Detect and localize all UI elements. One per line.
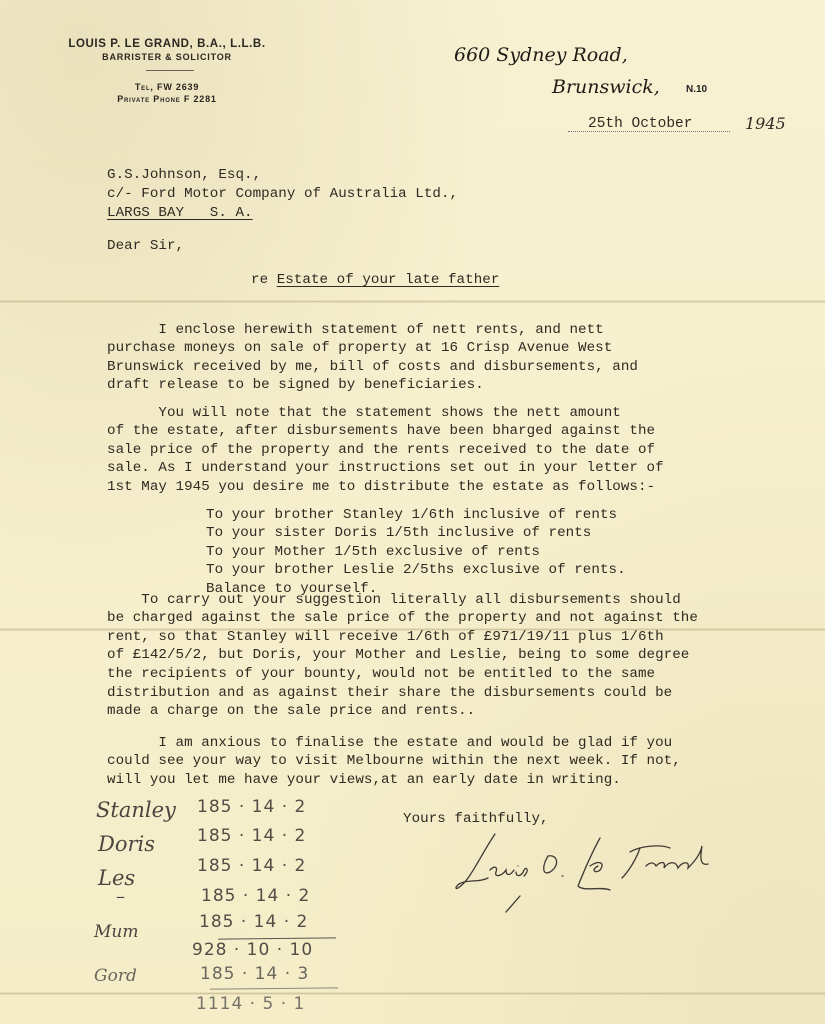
text-line: sale. As I understand your instructions … bbox=[107, 459, 664, 478]
note-label: Gord bbox=[94, 966, 137, 986]
salutation: Dear Sir, bbox=[107, 237, 184, 256]
text-line: of the estate, after disbursements have … bbox=[107, 422, 664, 441]
text-line: rent, so that Stanley will receive 1/6th… bbox=[107, 628, 698, 647]
note-label: Doris bbox=[98, 832, 155, 856]
recipient-location: LARGS BAY S. A. bbox=[107, 204, 253, 223]
text-line: the recipients of your bounty, would not… bbox=[107, 665, 698, 684]
address-line-2: Brunswick, bbox=[552, 76, 660, 98]
note-label: Stanley bbox=[96, 798, 176, 822]
subject-text: Estate of your late father bbox=[277, 272, 500, 288]
text-line: I am anxious to finalise the estate and … bbox=[107, 734, 681, 753]
letterhead-title: BARRISTER & SOLICITOR bbox=[52, 52, 282, 62]
note-amount: 185 · 14 · 2 bbox=[197, 856, 306, 876]
subject-line: re Estate of your late father bbox=[251, 271, 499, 290]
note-subtotal: 928 · 10 · 10 bbox=[192, 940, 313, 960]
recipient-company: c/- Ford Motor Company of Australia Ltd.… bbox=[107, 185, 458, 204]
note-amount: 185 · 14 · 2 bbox=[199, 912, 308, 932]
fold-line bbox=[0, 992, 825, 995]
letterhead-divider bbox=[146, 70, 194, 71]
note-label: – bbox=[116, 886, 125, 907]
list-item: To your sister Doris 1/5th inclusive of … bbox=[206, 524, 626, 543]
text-line: You will note that the statement shows t… bbox=[107, 404, 664, 423]
letterhead-name: LOUIS P. LE GRAND, B.A., L.L.B. bbox=[52, 38, 282, 50]
list-item: To your brother Stanley 1/6th inclusive … bbox=[206, 506, 626, 525]
list-item: To your Mother 1/5th exclusive of rents bbox=[206, 543, 626, 562]
note-amount: 185 · 14 · 3 bbox=[200, 964, 309, 984]
signature bbox=[450, 826, 750, 916]
text-line: To carry out your suggestion literally a… bbox=[107, 591, 698, 610]
note-total: 1114 · 5 · 1 bbox=[196, 994, 305, 1014]
note-amount: 185 · 14 · 2 bbox=[197, 797, 306, 817]
text-line: Brunswick received by me, bill of costs … bbox=[107, 358, 638, 377]
letter-date: 25th October bbox=[588, 116, 692, 132]
address-line-1: 660 Sydney Road, bbox=[454, 44, 628, 66]
text-line: be charged against the sale price of the… bbox=[107, 609, 698, 628]
text-line: will you let me have your views,at an ea… bbox=[107, 771, 681, 790]
address-postcode: N.10 bbox=[686, 84, 707, 95]
recipient-name: G.S.Johnson, Esq., bbox=[107, 166, 261, 185]
text-line: I enclose herewith statement of nett ren… bbox=[107, 321, 638, 340]
subject-prefix: re bbox=[251, 272, 268, 288]
body-paragraph-4: I am anxious to finalise the estate and … bbox=[107, 715, 681, 808]
letterhead-tel: Tel, FW 2639 bbox=[52, 82, 282, 92]
text-line: could see your way to visit Melbourne wi… bbox=[107, 752, 681, 771]
letterhead-private-phone: Private Phone F 2281 bbox=[52, 94, 282, 104]
letter-year: 1945 bbox=[745, 114, 786, 133]
note-label: Mum bbox=[94, 922, 138, 942]
text-line: of £142/5/2, but Doris, your Mother and … bbox=[107, 646, 698, 665]
note-amount: 185 · 14 · 2 bbox=[201, 886, 310, 906]
note-amount: 185 · 14 · 2 bbox=[197, 826, 306, 846]
text-line: purchase moneys on sale of property at 1… bbox=[107, 339, 638, 358]
text-line: sale price of the property and the rents… bbox=[107, 441, 664, 460]
text-line: distribution and as against their share … bbox=[107, 684, 698, 703]
